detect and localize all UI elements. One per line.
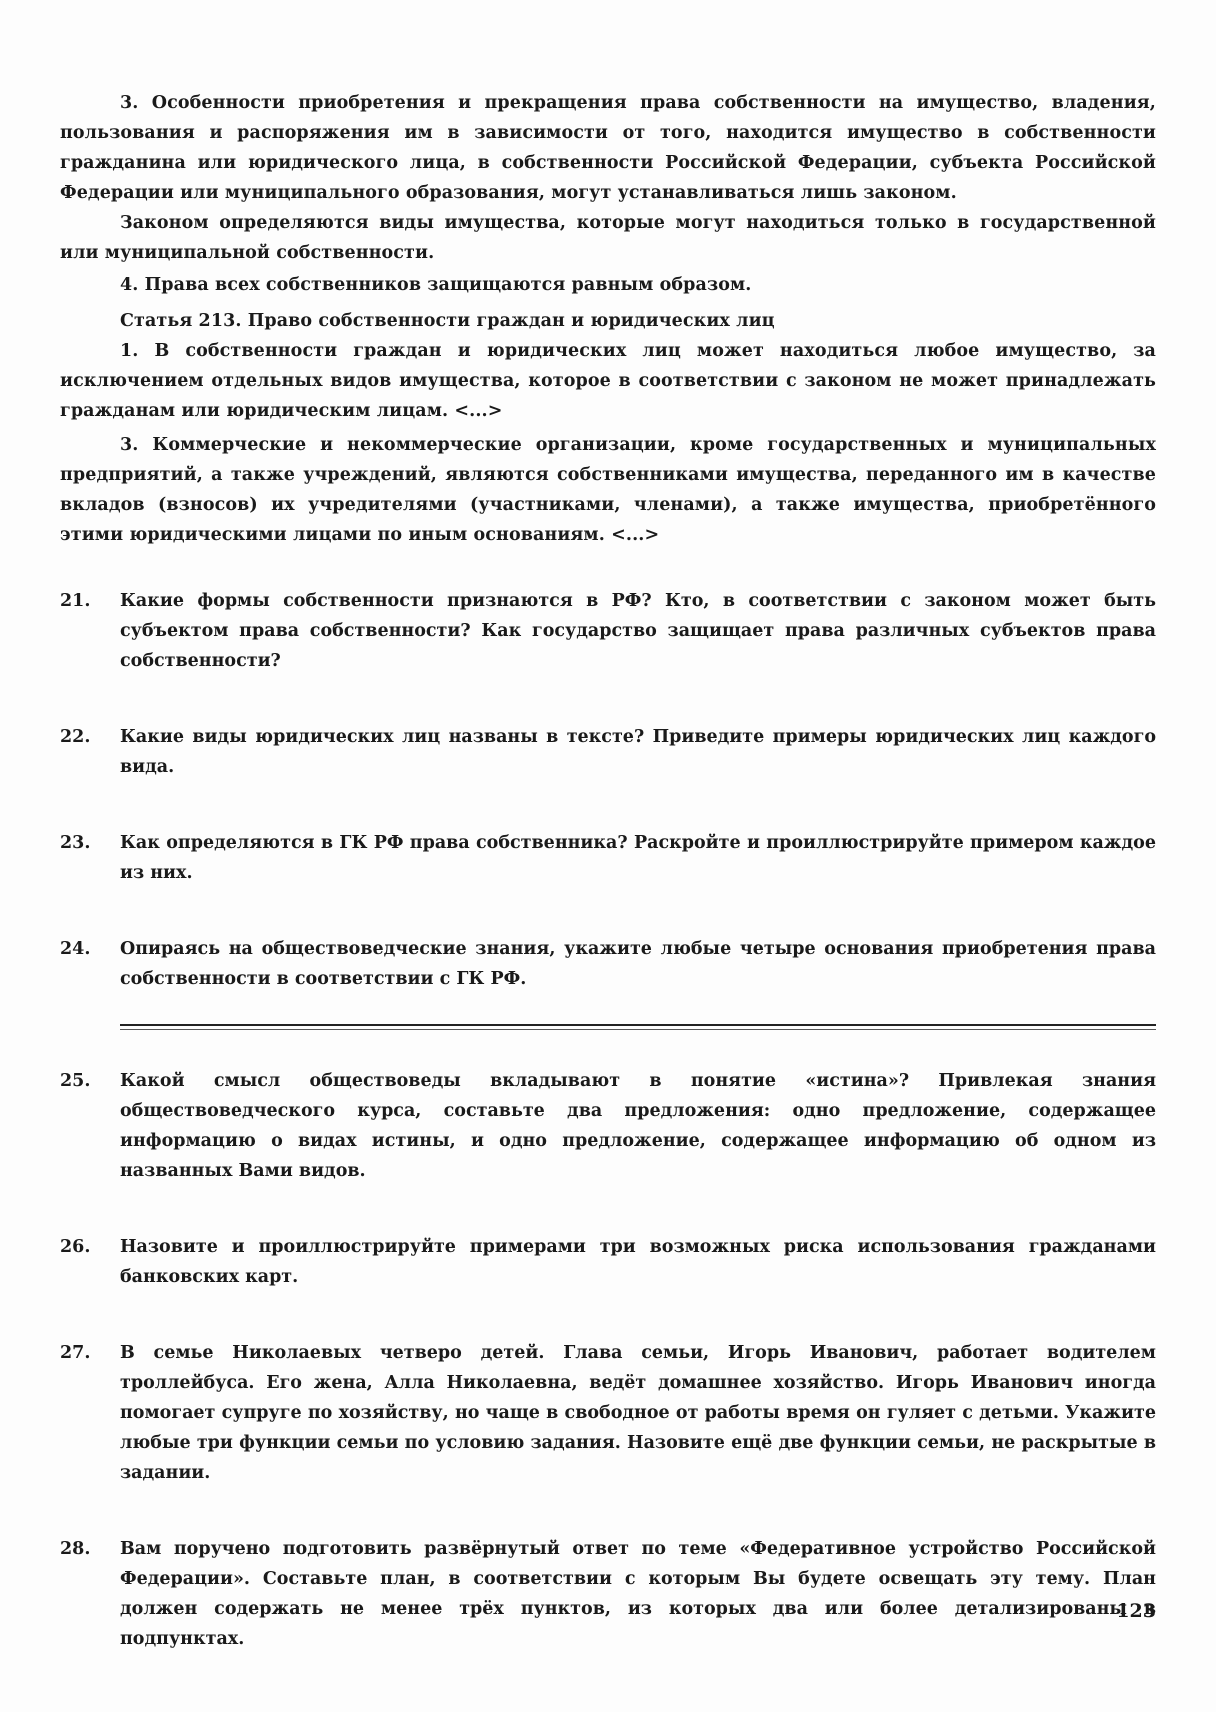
- question-text: Какие виды юридических лиц названы в тек…: [120, 722, 1156, 782]
- question-22: 22. Какие виды юридических лиц названы в…: [60, 722, 1156, 782]
- question-24: 24. Опираясь на обществоведческие знания…: [60, 934, 1156, 994]
- question-text: Какие формы собственности признаются в Р…: [120, 586, 1156, 676]
- question-21: 21. Какие формы собственности признаются…: [60, 586, 1156, 676]
- law-paragraph: 3. Особенности приобретения и прекращени…: [60, 88, 1156, 208]
- question-27: 27. В семье Николаевых четверо детей. Гл…: [60, 1338, 1156, 1488]
- question-number: 23.: [60, 828, 120, 888]
- article-title: Статья 213. Право собственности граждан …: [60, 306, 1156, 336]
- question-26: 26. Назовите и проиллюстрируйте примерам…: [60, 1232, 1156, 1292]
- law-paragraph: Законом определяются виды имущества, кот…: [60, 208, 1156, 268]
- question-text: Вам поручено подготовить развёрнутый отв…: [120, 1534, 1156, 1654]
- question-text: Опираясь на обществоведческие знания, ук…: [120, 934, 1156, 994]
- question-25: 25. Какой смысл обществоведы вкладывают …: [60, 1066, 1156, 1186]
- section-divider: [120, 1024, 1156, 1030]
- question-number: 25.: [60, 1066, 120, 1186]
- question-number: 22.: [60, 722, 120, 782]
- page-number: 123: [1116, 1600, 1156, 1622]
- question-number: 27.: [60, 1338, 120, 1488]
- question-28: 28. Вам поручено подготовить развёрнутый…: [60, 1534, 1156, 1654]
- question-text: Назовите и проиллюстрируйте примерами тр…: [120, 1232, 1156, 1292]
- question-text: Как определяются в ГК РФ права собственн…: [120, 828, 1156, 888]
- question-23: 23. Как определяются в ГК РФ права собст…: [60, 828, 1156, 888]
- question-number: 21.: [60, 586, 120, 676]
- article-paragraph: 1. В собственности граждан и юридических…: [60, 336, 1156, 426]
- question-number: 28.: [60, 1534, 120, 1654]
- article-paragraph: 3. Коммерческие и некоммерческие организ…: [60, 430, 1156, 550]
- question-number: 26.: [60, 1232, 120, 1292]
- question-text: В семье Николаевых четверо детей. Глава …: [120, 1338, 1156, 1488]
- question-number: 24.: [60, 934, 120, 994]
- document-page: 3. Особенности приобретения и прекращени…: [60, 88, 1156, 1654]
- law-paragraph: 4. Права всех собственников защищаются р…: [60, 270, 1156, 300]
- question-text: Какой смысл обществоведы вкладывают в по…: [120, 1066, 1156, 1186]
